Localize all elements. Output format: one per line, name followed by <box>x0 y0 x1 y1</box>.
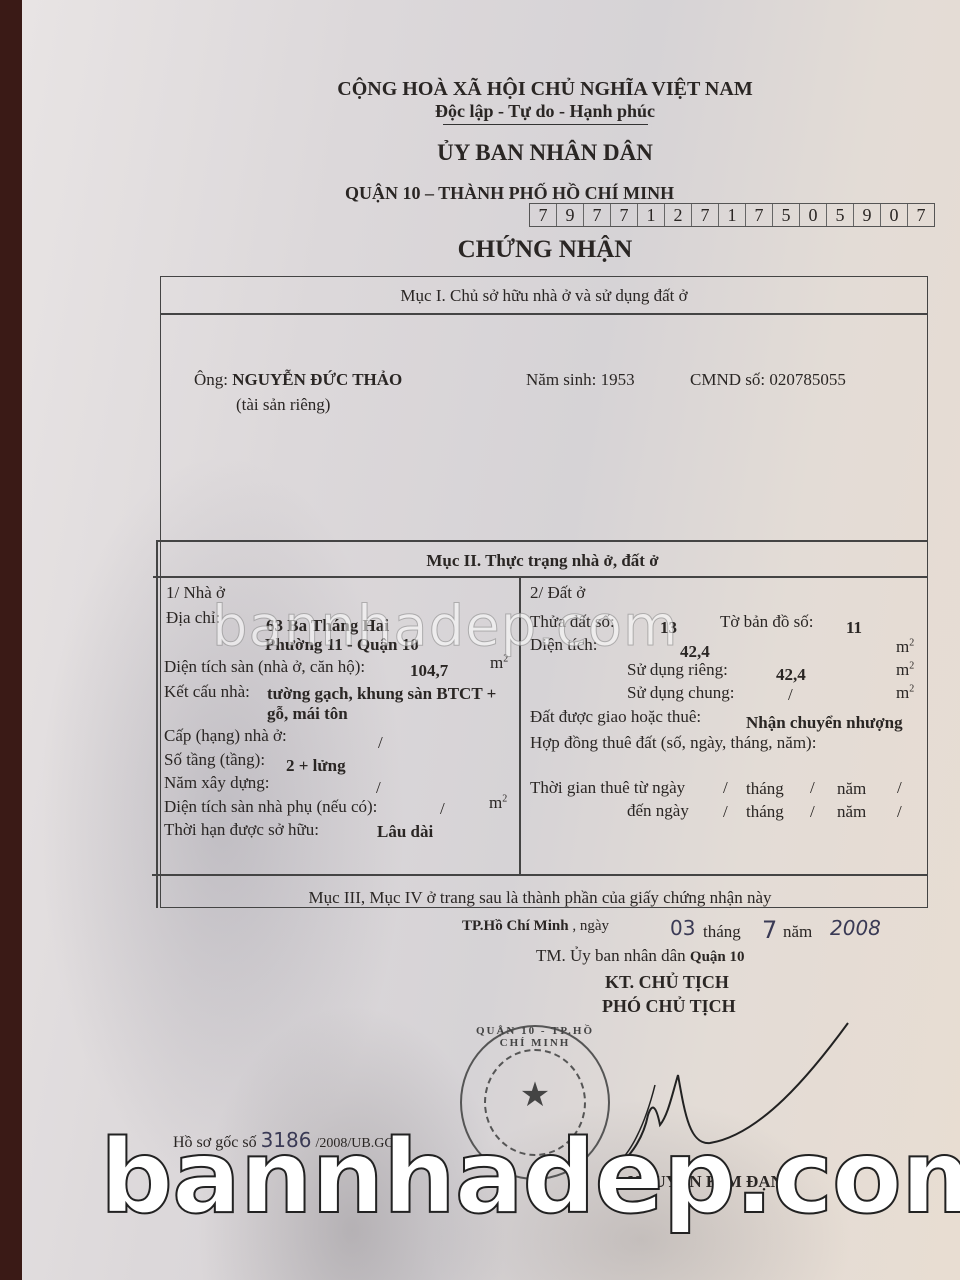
lease-to-label: đến ngày <box>627 801 689 821</box>
birth-year: Năm sinh: 1953 <box>526 370 635 390</box>
lease-to-year: / <box>897 802 902 822</box>
map-sheet-value: 11 <box>846 618 862 638</box>
ownership-term-label: Thời hạn được sở hữu: <box>164 820 319 840</box>
shared-use-unit: m2 <box>896 683 914 703</box>
ownership-term-value: Lâu dài <box>377 822 433 842</box>
divider <box>157 540 928 542</box>
title-vice-chairman: PHÓ CHỦ TỊCH <box>602 996 736 1017</box>
motto-underline <box>443 124 648 125</box>
month-label: tháng <box>703 922 741 942</box>
aux-area-unit: m2 <box>489 793 507 813</box>
lease-to-month-label: tháng <box>746 802 784 822</box>
serial-digit: 7 <box>908 204 934 226</box>
divider <box>156 540 158 908</box>
owner-note: (tài sản riêng) <box>236 395 330 415</box>
lease-from-month-label: tháng <box>746 779 784 799</box>
divider <box>153 576 928 578</box>
lease-from-label: Thời gian thuê từ ngày <box>530 778 685 798</box>
shared-use-label: Sử dụng chung: <box>627 683 734 703</box>
lease-from-month: / <box>810 778 815 798</box>
area-unit: m2 <box>896 637 914 657</box>
structure-label: Kết cấu nhà: <box>164 682 250 702</box>
floors-label: Số tầng (tầng): <box>164 750 265 770</box>
serial-digit: 0 <box>881 204 908 226</box>
serial-digit: 9 <box>854 204 881 226</box>
serial-digit: 7 <box>530 204 557 226</box>
area-value: 42,4 <box>680 642 710 662</box>
serial-digit: 2 <box>665 204 692 226</box>
serial-digit: 9 <box>557 204 584 226</box>
id-number: CMND số: 020785055 <box>690 370 846 390</box>
serial-digit: 7 <box>611 204 638 226</box>
structure-line1: tường gạch, khung sàn BTCT + <box>267 684 496 704</box>
title-chairman: KT. CHỦ TỊCH <box>605 972 729 993</box>
floor-area-value: 104,7 <box>410 661 448 681</box>
owner-line: Ông: NGUYỄN ĐỨC THẢO <box>194 370 402 390</box>
lease-contract-label: Hợp đồng thuê đất (số, ngày, tháng, năm)… <box>530 733 816 753</box>
private-use-value: 42,4 <box>776 665 806 685</box>
place: TP.Hồ Chí Minh , ngày <box>462 918 609 935</box>
footer-note: Mục III, Mục IV ở trang sau là thành phầ… <box>152 888 928 908</box>
serial-digit: 7 <box>692 204 719 226</box>
year-built-value: / <box>376 778 381 798</box>
year-label: năm <box>783 922 812 942</box>
grade-value: / <box>378 733 383 753</box>
allocation-label: Đất được giao hoặc thuê: <box>530 707 701 727</box>
lease-from-day: / <box>723 778 728 798</box>
allocation-value: Nhận chuyển nhượng <box>746 713 903 733</box>
divider <box>152 874 928 876</box>
serial-digit: 1 <box>638 204 665 226</box>
month-handwritten: 7 <box>762 916 777 944</box>
aux-area-value: / <box>440 799 445 819</box>
republic-heading: CỘNG HOÀ XÃ HỘI CHỦ NGHĨA VIỆT NAM <box>0 78 960 101</box>
structure-line2: gỗ, mái tôn <box>267 704 348 724</box>
year-handwritten: 2008 <box>830 916 881 940</box>
section2-title: Mục II. Thực trạng nhà ở, đất ở <box>157 551 928 571</box>
serial-digit: 1 <box>719 204 746 226</box>
lease-from-year-label: năm <box>837 779 866 799</box>
serial-number-boxes: 797712717505907 <box>529 203 935 227</box>
lease-from-year: / <box>897 778 902 798</box>
day-handwritten: 03 <box>670 916 695 940</box>
private-use-unit: m2 <box>896 660 914 680</box>
serial-digit: 0 <box>800 204 827 226</box>
lease-to-year-label: năm <box>837 802 866 822</box>
committee-heading: ỦY BAN NHÂN DÂN <box>0 140 960 166</box>
certificate-title: CHỨNG NHẬN <box>0 236 960 264</box>
map-sheet-label: Tờ bản đồ số: <box>720 612 814 632</box>
serial-digit: 7 <box>746 204 773 226</box>
divider <box>160 313 928 315</box>
grade-label: Cấp (hạng) nhà ở: <box>164 726 287 746</box>
on-behalf: TM. Ủy ban nhân dân Quận 10 <box>536 946 745 966</box>
district-heading: QUẬN 10 – THÀNH PHỐ HỒ CHÍ MINH <box>345 183 674 204</box>
section1-title: Mục I. Chủ sở hữu nhà ở và sử dụng đất ở <box>160 286 928 306</box>
serial-digit: 5 <box>773 204 800 226</box>
serial-digit: 5 <box>827 204 854 226</box>
owner-name: NGUYỄN ĐỨC THẢO <box>232 370 402 389</box>
owner-prefix: Ông: <box>194 370 228 389</box>
watermark-bottom: bannhadep.com <box>100 1118 960 1237</box>
serial-digit: 7 <box>584 204 611 226</box>
lease-to-day: / <box>723 802 728 822</box>
shared-use-value: / <box>788 685 793 705</box>
watermark-middle: bannhadep.com <box>212 594 679 659</box>
lease-to-month: / <box>810 802 815 822</box>
floors-value: 2 + lửng <box>286 756 346 776</box>
year-built-label: Năm xây dựng: <box>164 773 270 793</box>
floor-area-label: Diện tích sàn (nhà ở, căn hộ): <box>164 657 365 677</box>
private-use-label: Sử dụng riêng: <box>627 660 728 680</box>
aux-area-label: Diện tích sàn nhà phụ (nếu có): <box>164 797 377 817</box>
motto: Độc lập - Tự do - Hạnh phúc <box>0 101 960 122</box>
